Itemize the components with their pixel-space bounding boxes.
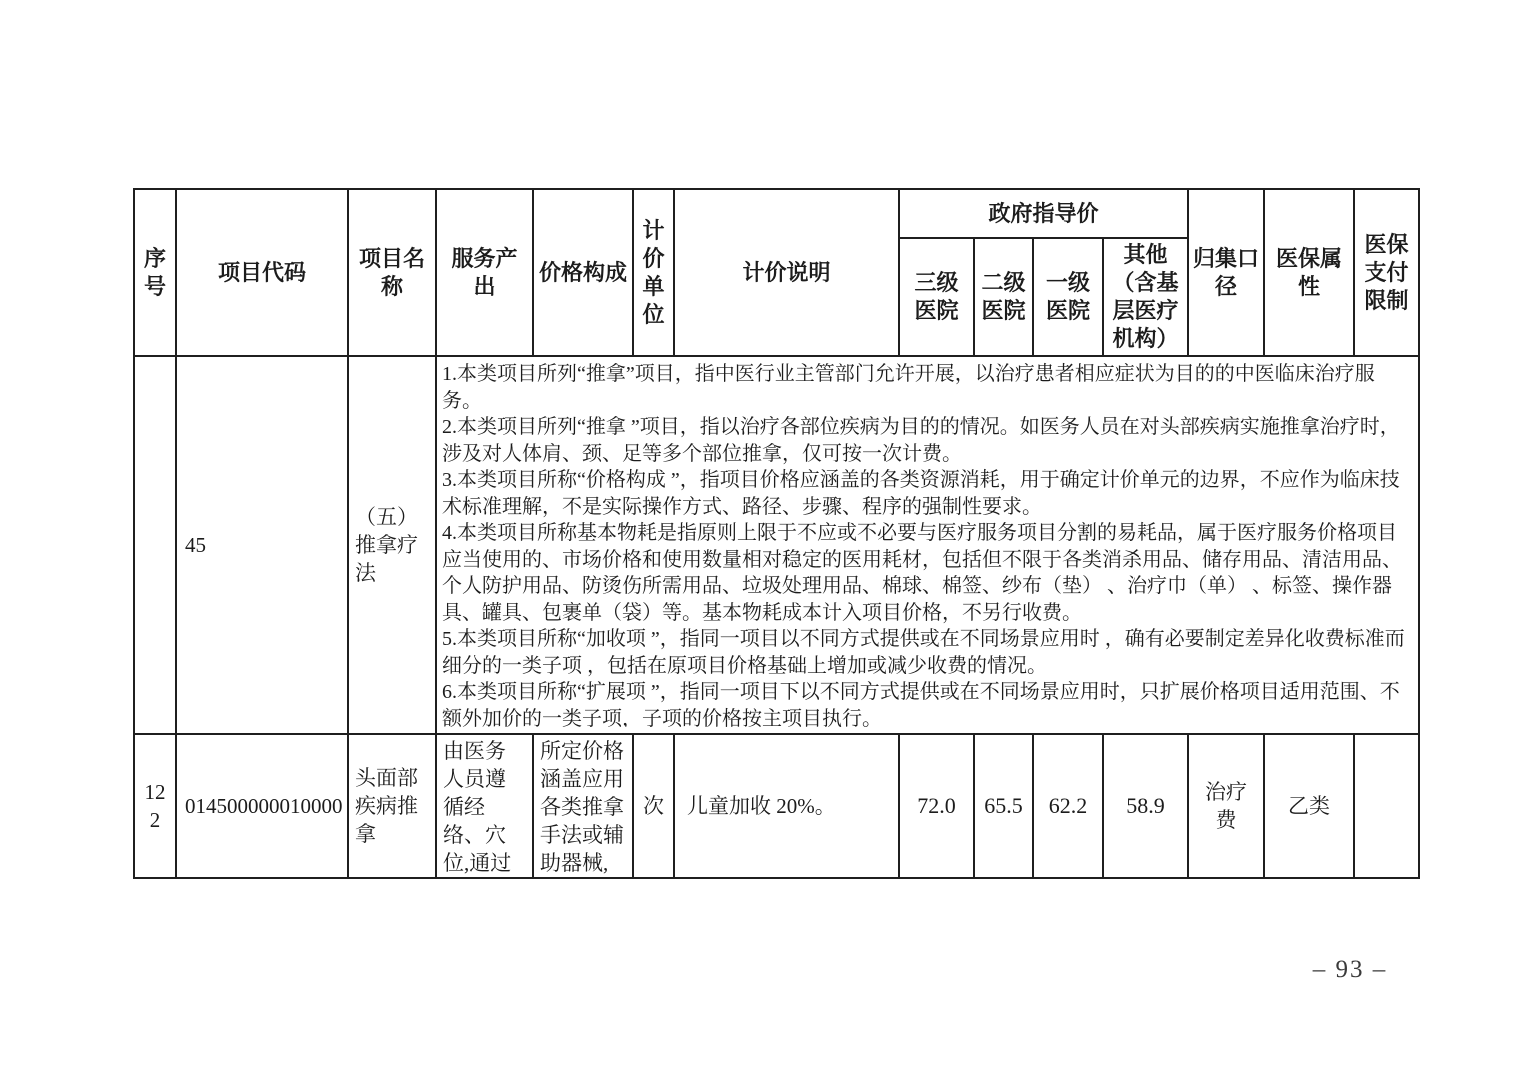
header-project-name: 项目名称	[348, 189, 436, 356]
header-price-composition: 价格构成	[533, 189, 633, 356]
table-row: 122 014500000010000 头面部疾病推拿 由医务人员遵循经络、穴位…	[134, 734, 1419, 878]
header-service-output: 服务产出	[436, 189, 533, 356]
note-item-5: 5.本类项目所称“加收项 ”，指同一项目以不同方式提供或在不同场景应用时 ，确有…	[442, 626, 1408, 679]
note-item-3: 3.本类项目所称“价格构成 ”，指项目价格应涵盖的各类资源消耗，用于确定计价单元…	[442, 467, 1408, 520]
header-row-top: 序号 项目代码 项目名称 服务产出 价格构成 计价单位 计价说明 政府指导价 归…	[134, 189, 1419, 238]
row-price-composition: 所定价格涵盖应用各类推拿手法或辅助器械,	[533, 734, 633, 878]
page-number: – 93 –	[1300, 956, 1400, 984]
header-gov-guide-price: 政府指导价	[899, 189, 1188, 238]
header-seq: 序号	[134, 189, 176, 356]
row-service-output-text: 由医务人员遵循经络、穴位,通过各类	[443, 737, 526, 875]
header-other-hospital: 其他（含基层医疗机构）	[1103, 238, 1188, 356]
row-fee-category: 治疗费	[1188, 734, 1264, 878]
note-item-2: 2.本类项目所列“推拿 ”项目，指以治疗各部位疾病为目的的情况。如医务人员在对头…	[442, 414, 1408, 467]
row-insurance-pay-limit	[1354, 734, 1419, 878]
row-service-output: 由医务人员遵循经络、穴位,通过各类	[436, 734, 533, 878]
header-fee-category: 归集口径	[1188, 189, 1264, 356]
note-item-6: 6.本类项目所称“扩展项 ”，指同一项目下以不同方式提供或在不同场景应用时，只扩…	[442, 679, 1408, 727]
header-insurance-pay-limit: 医保支付限制	[1354, 189, 1419, 356]
category-notes-cell: 1.本类项目所列“推拿”项目，指中医行业主管部门允许开展，以治疗患者相应症状为目…	[436, 356, 1419, 734]
row-price-tier1: 62.2	[1033, 734, 1103, 878]
category-notes: 1.本类项目所列“推拿”项目，指中医行业主管部门允许开展，以治疗患者相应症状为目…	[442, 361, 1408, 727]
header-tier2-hospital: 二级医院	[974, 238, 1033, 356]
row-price-tier2: 65.5	[974, 734, 1033, 878]
row-pricing-note: 儿童加收 20%。	[674, 734, 899, 878]
header-pricing-note: 计价说明	[674, 189, 899, 356]
header-tier1-hospital: 一级医院	[1033, 238, 1103, 356]
category-code: 45	[176, 356, 348, 734]
row-price-tier3: 72.0	[899, 734, 974, 878]
row-price-composition-text: 所定价格涵盖应用各类推拿手法或辅助器械,	[540, 737, 626, 875]
category-seq	[134, 356, 176, 734]
row-unit: 次	[633, 734, 674, 878]
row-code: 014500000010000	[176, 734, 348, 878]
medical-service-price-table: 序号 项目代码 项目名称 服务产出 价格构成 计价单位 计价说明 政府指导价 归…	[133, 188, 1420, 879]
header-project-code: 项目代码	[176, 189, 348, 356]
header-insurance-attr: 医保属性	[1264, 189, 1354, 356]
note-item-1: 1.本类项目所列“推拿”项目，指中医行业主管部门允许开展，以治疗患者相应症状为目…	[442, 361, 1408, 414]
header-pricing-unit: 计价单位	[633, 189, 674, 356]
category-row: 45 （五）推拿疗法 1.本类项目所列“推拿”项目，指中医行业主管部门允许开展，…	[134, 356, 1419, 734]
row-price-other: 58.9	[1103, 734, 1188, 878]
note-item-4: 4.本类项目所称基本物耗是指原则上限于不应或不必要与医疗服务项目分割的易耗品，属…	[442, 520, 1408, 626]
row-insurance-attr: 乙类	[1264, 734, 1354, 878]
header-tier3-hospital: 三级医院	[899, 238, 974, 356]
row-seq: 122	[134, 734, 176, 878]
category-name: （五）推拿疗法	[348, 356, 436, 734]
row-name: 头面部疾病推拿	[348, 734, 436, 878]
